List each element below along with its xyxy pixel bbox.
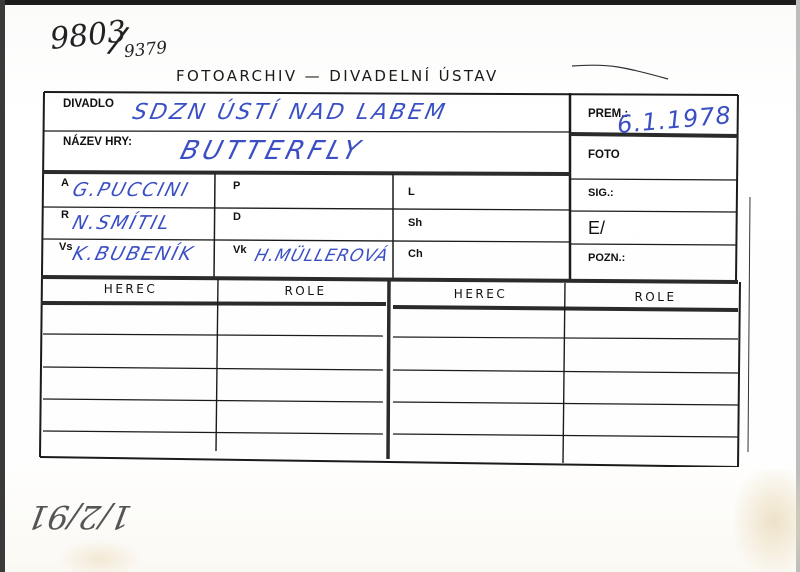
nazev-hry-value[interactable]: BUTTERFLY — [177, 136, 367, 166]
cast-col-herec-2: HEREC — [393, 287, 568, 301]
table-row[interactable] — [43, 403, 743, 434]
cast-col-role-2: ROLE — [568, 290, 743, 304]
pen-stroke-mark — [570, 64, 670, 80]
divadlo-label: DIVADLO — [63, 98, 114, 110]
photo-border-top — [0, 0, 800, 5]
archive-photo: 9803 / 9379 FOTOARCHIV — DIVADELNÍ ÚSTAV — [0, 0, 800, 572]
nazev-hry-label: NÁZEV HRY: — [63, 136, 132, 148]
l-label: L — [408, 186, 415, 198]
a-value[interactable]: G.PUCCINI — [70, 179, 192, 201]
table-row[interactable] — [43, 307, 743, 338]
vk-label: Vk — [233, 244, 246, 256]
photo-border-left — [0, 0, 5, 572]
bottom-pencil-note: 1/2/91 — [25, 498, 135, 536]
foto-label: FOTO — [588, 149, 620, 161]
e-label: E/ — [588, 218, 605, 239]
a-label: A — [61, 177, 69, 189]
paper-stain — [60, 540, 140, 572]
sig-label: SIG.: — [588, 187, 614, 199]
vs-value[interactable]: K.BUBENÍK — [70, 243, 197, 265]
cast-col-role-1: ROLE — [218, 284, 393, 298]
r-label: R — [61, 209, 69, 221]
d-label: D — [233, 211, 241, 223]
paper-stain — [735, 470, 800, 572]
form-card: DIVADLO SDZN ÚSTÍ NAD LABEM PREM.: 6.1.1… — [43, 92, 743, 462]
ch-label: Ch — [408, 248, 423, 260]
cast-col-herec-1: HEREC — [43, 282, 218, 296]
table-row[interactable] — [43, 435, 743, 462]
r-value[interactable]: N.SMÍTIL — [70, 212, 174, 234]
divadlo-value[interactable]: SDZN ÚSTÍ NAD LABEM — [130, 100, 449, 125]
cast-table-body — [43, 307, 743, 462]
table-row[interactable] — [43, 339, 743, 370]
sh-label: Sh — [408, 217, 422, 229]
vs-label: Vs — [59, 241, 72, 253]
p-label: P — [233, 180, 240, 192]
vk-value[interactable]: H.MÜLLEROVÁ — [252, 246, 391, 266]
pozn-label: POZN.: — [588, 252, 625, 264]
card-heading: FOTOARCHIV — DIVADELNÍ ÚSTAV — [176, 67, 499, 85]
table-row[interactable] — [43, 371, 743, 402]
